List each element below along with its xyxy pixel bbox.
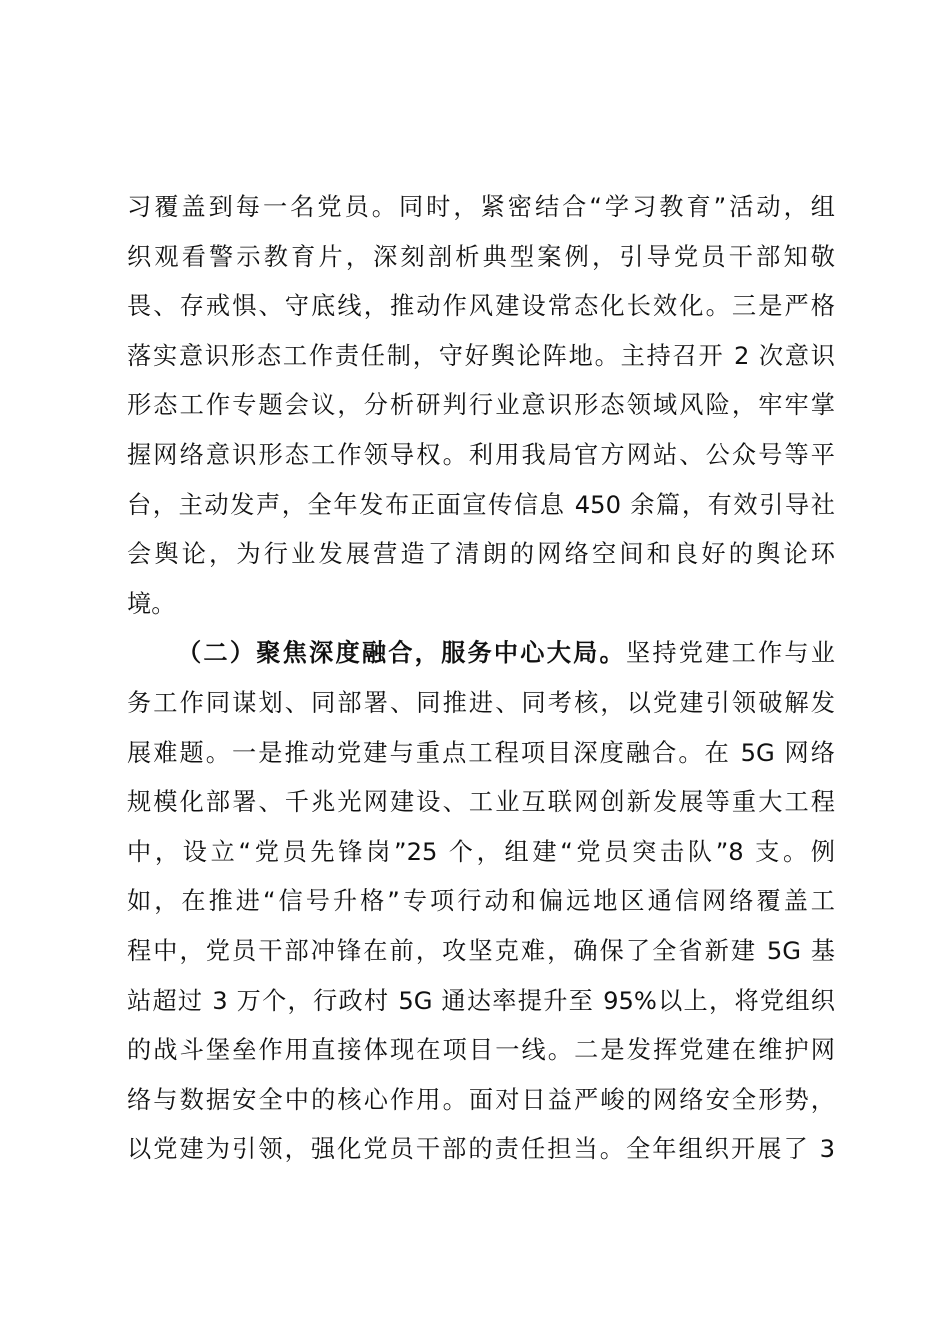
paragraph-1: 习覆盖到每一名党员。同时，紧密结合“学习教育”活动，组 织观看警示教育片，深刻剖… [127,183,835,629]
text-line: 务工作同谋划、同部署、同推进、同考核，以党建引领破解发 [127,679,835,729]
text-line-first: （二）聚焦深度融合，服务中心大局。坚持党建工作与业 [127,629,835,679]
text-line: 会舆论，为行业发展营造了清朗的网络空间和良好的舆论环 [127,530,835,580]
text-line: 织观看警示教育片，深刻剖析典型案例，引导党员干部知敬 [127,233,835,283]
text-line: 握网络意识形态工作领导权。利用我局官方网站、公众号等平 [127,431,835,481]
text-line: 站超过 3 万个，行政村 5G 通达率提升至 95%以上，将党组织 [127,977,835,1027]
text-line: 中，设立“党员先锋岗”25 个，组建“党员突击队”8 支。例 [127,828,835,878]
text-line: 如，在推进“信号升格”专项行动和偏远地区通信网络覆盖工 [127,877,835,927]
text-line: 习覆盖到每一名党员。同时，紧密结合“学习教育”活动，组 [127,183,835,233]
section-first-line-text: 坚持党建工作与业 [626,639,835,667]
document-page: 习覆盖到每一名党员。同时，紧密结合“学习教育”活动，组 织观看警示教育片，深刻剖… [127,183,835,1175]
text-line: 台，主动发声，全年发布正面宣传信息 450 余篇，有效引导社 [127,481,835,531]
section-heading: （二）聚焦深度融合，服务中心大局。 [177,639,626,667]
text-line: 畏、存戒惧、守底线，推动作风建设常态化长效化。三是严格 [127,282,835,332]
text-line: 落实意识形态工作责任制，守好舆论阵地。主持召开 2 次意识 [127,332,835,382]
text-line: 络与数据安全中的核心作用。面对日益严峻的网络安全形势， [127,1076,835,1126]
text-line: 程中，党员干部冲锋在前，攻坚克难，确保了全省新建 5G 基 [127,927,835,977]
text-line: 以党建为引领，强化党员干部的责任担当。全年组织开展了 3 [127,1125,835,1175]
paragraph-2: （二）聚焦深度融合，服务中心大局。坚持党建工作与业 务工作同谋划、同部署、同推进… [127,629,835,1175]
text-line: 形态工作专题会议，分析研判行业意识形态领域风险，牢牢掌 [127,381,835,431]
text-line: 展难题。一是推动党建与重点工程项目深度融合。在 5G 网络 [127,729,835,779]
text-line: 规模化部署、千兆光网建设、工业互联网创新发展等重大工程 [127,778,835,828]
text-line: 的战斗堡垒作用直接体现在项目一线。二是发挥党建在维护网 [127,1026,835,1076]
text-line: 境。 [127,580,835,630]
